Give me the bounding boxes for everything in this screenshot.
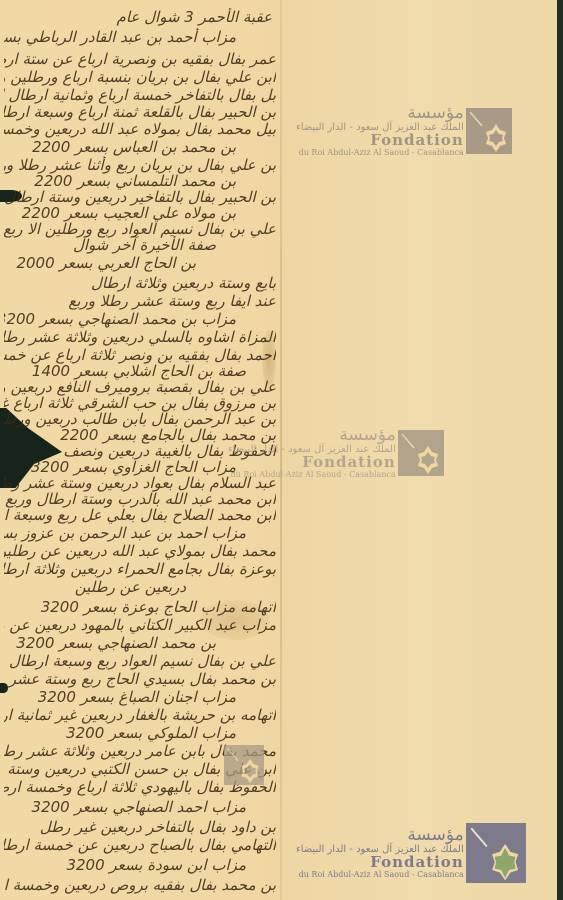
foundation-watermark: مؤسسة الملك عبد العزيز آل سعود - الدار ا… — [296, 105, 512, 157]
manuscript-line: بوعزة بفال بجامع الحمراء دربعين وثلاثة ا… — [4, 560, 276, 578]
manuscript-line: محمد بفال بمولاي عبد الله دربعين عن رطلي… — [4, 542, 276, 560]
manuscript-line: مزاب بن محمد الصنهاجي بسعر 3200 — [4, 310, 236, 328]
manuscript-line: صفة الأخيرة آخر شوال — [4, 236, 216, 254]
manuscript-line: مزاب عبد الكبير الكتاني بالمهود دربعين ع… — [4, 616, 276, 634]
manuscript-line: عمر بفال بفقيه بن ونصرية ارباع عن ستة ار… — [4, 50, 276, 68]
scan-border — [557, 0, 563, 900]
foundation-watermark: مؤسسة الملك عبد العزيز آل سعود - الدار ا… — [228, 427, 444, 479]
watermark-french-subtitle: du Roi Abdul-Aziz Al Saoud - Casablanca — [296, 871, 464, 879]
manuscript-line: مزاب الملوكي بسعر 3200 — [4, 724, 236, 742]
manuscript-line: بن الحبير بفال بالقلعة ثمنة ارباع وسبعة … — [4, 103, 276, 121]
manuscript-line: بن محمد بفال بفقيه بروص دربعين وخمسة ارط… — [4, 876, 276, 894]
manuscript-line: مزاب ابن سودة بسعر 3200 — [4, 856, 246, 874]
foundation-watermark: مؤسسة الملك عبد العزيز آل سعود - الدار ا… — [296, 823, 526, 883]
manuscript-line: علي بن بفال نسيم العواد ربع وسبعة ارطال … — [4, 652, 276, 670]
manuscript-line: بن الحاج العربي بسعر 2000 — [4, 254, 196, 272]
manuscript-line: دربعين عن رطلين — [4, 578, 186, 596]
foundation-star-logo-icon — [466, 108, 512, 154]
manuscript-line: ابن محمد الصلاح بفال بعلي عل ربع وسبعة ا… — [4, 506, 276, 524]
manuscript-line: عقبة الأحمر 3 شوال عام 1315 — [114, 8, 272, 26]
manuscript-line: بل بفال بالتفاخر خمسة ارباع وثمانية ارطا… — [4, 86, 276, 104]
watermark-french-subtitle: du Roi Abdul-Aziz Al Saoud - Casablanca — [228, 471, 396, 479]
foundation-star-logo-icon — [398, 430, 444, 476]
manuscript-line: مزاب أحمد بن عبد القادر الرباطي بسعر 300… — [4, 28, 236, 46]
watermark-arabic-title: مؤسسة — [228, 427, 396, 445]
watermark-french-title: Fondation — [228, 455, 396, 471]
manuscript-line: مزاب اجنان الصباغ بسعر 3200 — [4, 688, 236, 706]
watermark-french-title: Fondation — [296, 855, 464, 871]
manuscript-line: بيل محمد بفال بمولاه عبد الله دربعين وخم… — [4, 120, 276, 138]
watermark-french-subtitle: du Roi Abdul-Aziz Al Saoud - Casablanca — [296, 149, 464, 157]
watermark-arabic-title: مؤسسة — [296, 105, 464, 123]
manuscript-line: بن داود بفال بالتفاخر دربعين غير رطل — [4, 818, 276, 836]
manuscript-line: عند ايفا ربع وستة عشر رطلا وربع — [4, 292, 276, 310]
foundation-star-logo-icon — [466, 823, 526, 883]
manuscript-line: ابن علي بفال بن بريان بنسبة ارباع ورطلين… — [4, 68, 276, 86]
watermark-arabic-title: مؤسسة — [296, 827, 464, 845]
manuscript-line: المزاة اشاوه بالسلي دربعين وثلاثة عشر رط… — [4, 328, 276, 346]
watermark-french-title: Fondation — [296, 133, 464, 149]
manuscript-line: اتهامه بن حريشة بالغفار دربعين غير ثماني… — [4, 706, 276, 724]
foundation-watermark — [222, 745, 264, 785]
manuscript-page: عقبة الأحمر 3 شوال عام 1315 مزاب أحمد بن… — [0, 0, 558, 900]
manuscript-line: مزاب احمد الصنهاجي بسعر 3200 — [4, 798, 246, 816]
manuscript-line: مزاب احمد بن عبد الرحمن بن عزوز بسعر 320… — [4, 524, 246, 542]
manuscript-line: بن محمد بن العباس بسعر 2200 — [4, 138, 236, 156]
manuscript-line: بن محمد الصنهاجي بسعر 3200 — [4, 634, 216, 652]
manuscript-line: اتهامه مزاب الحاج بوعزة بسعر 3200 — [4, 598, 276, 616]
manuscript-line: التهامي بفال بالصباح دربعين عن خمسة ارطا… — [4, 836, 276, 854]
manuscript-line: بن محمد بفال بسيدي الحاج ربع وستة عشر رط… — [4, 670, 276, 688]
foundation-star-logo-icon — [224, 745, 264, 785]
manuscript-line: بايع وستة دربعين وثلاثة ارطال — [4, 274, 276, 292]
